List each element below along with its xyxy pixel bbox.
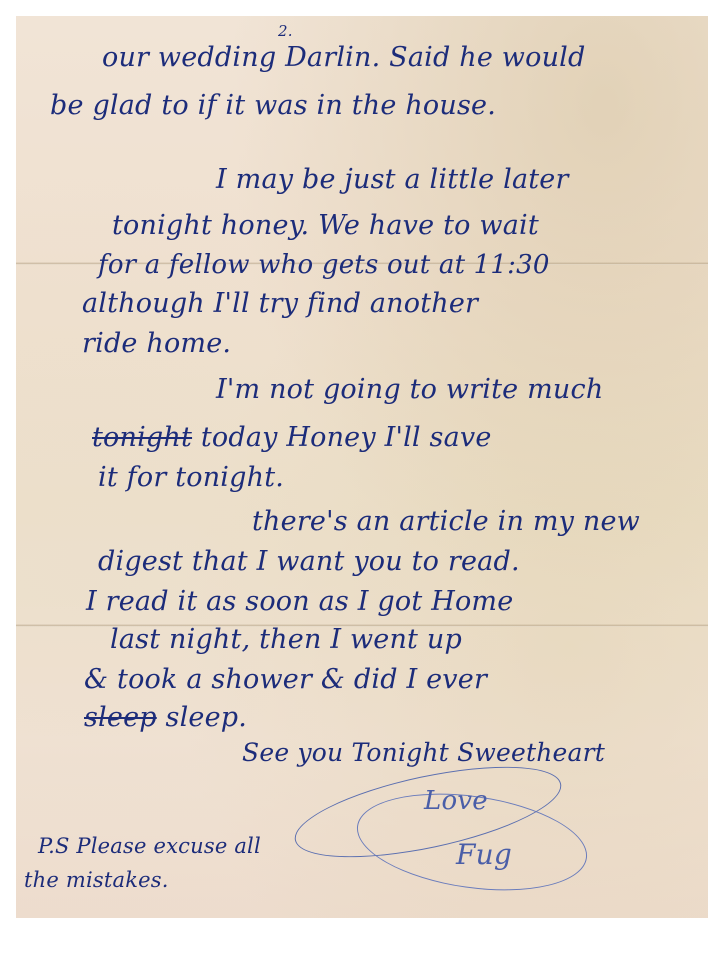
struck-word: tonight xyxy=(92,422,192,453)
signature-name: Fug xyxy=(456,838,512,871)
struck-word: sleep xyxy=(84,702,157,733)
page-number: 2. xyxy=(278,22,293,40)
letter-line-16: sleep sleep. xyxy=(84,702,247,733)
letter-line-7: ride home. xyxy=(82,328,231,359)
postscript-line-1: P.S Please excuse all xyxy=(38,834,261,858)
letter-line-9-text: today Honey I'll save xyxy=(201,422,492,453)
signature-love: Love xyxy=(424,786,488,816)
closing-line: See you Tonight Sweetheart xyxy=(242,738,605,767)
letter-line-8: I'm not going to write much xyxy=(216,374,603,405)
letter-line-11: there's an article in my new xyxy=(252,506,640,537)
letter-line-6: although I'll try find another xyxy=(82,288,478,319)
letter-line-4: tonight honey. We have to wait xyxy=(112,210,539,241)
letter-line-15: & took a shower & did I ever xyxy=(84,664,487,695)
letter-line-12: digest that I want you to read. xyxy=(98,546,520,577)
letter-line-13: I read it as soon as I got Home xyxy=(86,586,513,617)
letter-line-16-text: sleep. xyxy=(166,702,248,733)
letter-page: 2. our wedding Darlin. Said he would be … xyxy=(16,16,708,918)
letter-line-5: for a fellow who gets out at 11:30 xyxy=(98,250,550,280)
postscript-line-2: the mistakes. xyxy=(24,868,169,892)
letter-line-3: I may be just a little later xyxy=(216,164,569,195)
letter-line-1: our wedding Darlin. Said he would xyxy=(102,42,585,73)
letter-line-10: it for tonight. xyxy=(98,462,284,493)
letter-line-14: last night, then I went up xyxy=(110,624,462,655)
letter-line-9: tonight today Honey I'll save xyxy=(92,422,492,453)
letter-line-2: be glad to if it was in the house. xyxy=(50,90,496,121)
